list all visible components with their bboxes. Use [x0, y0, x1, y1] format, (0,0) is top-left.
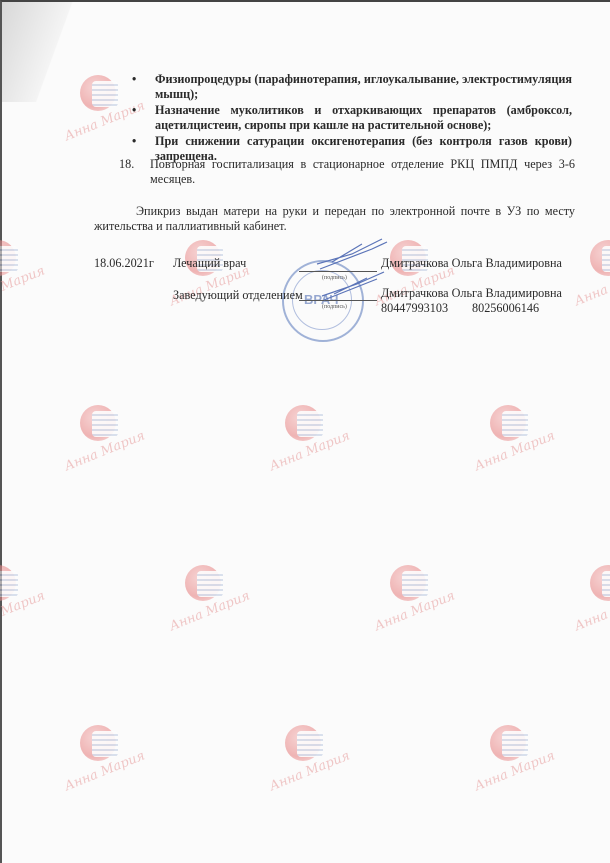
- watermark-logo-icon: Анна Мария: [472, 397, 562, 477]
- bullet-item: Физиопроцедуры (парафинотерапия, иглоука…: [132, 72, 572, 103]
- watermark-logo-icon: Анна Мария: [62, 397, 152, 477]
- item-text: Повторная госпитализация в стационарное …: [119, 157, 575, 188]
- watermark-logo-icon: Анна Мария: [472, 717, 562, 797]
- item-number: 18.: [119, 157, 134, 172]
- watermark-logo-icon: Анна Мария: [167, 557, 257, 637]
- watermark-logo-icon: Анна Мария: [267, 717, 357, 797]
- watermark-logo-icon: Анна Мария: [267, 397, 357, 477]
- head-label: Заведующий отделением: [173, 288, 303, 303]
- bullet-item: Назначение муколитиков и отхаркивающих п…: [132, 103, 572, 134]
- handwritten-signature-icon: [312, 234, 392, 304]
- phone-2: 80256006146: [472, 301, 539, 316]
- document-page: Анна Мария Анна Мария Анна Мария Анна Ма…: [0, 0, 610, 863]
- numbered-item-18: 18. Повторная госпитализация в стационар…: [119, 157, 575, 188]
- watermark-logo-icon: Анна Мария: [572, 232, 610, 312]
- attending-name: Дмитрачкова Ольга Владимировна: [381, 256, 562, 271]
- watermark-logo-icon: Анна Мария: [372, 557, 462, 637]
- watermark-logo-icon: Анна Мария: [0, 232, 52, 312]
- closing-paragraph: Эпикриз выдан матери на руки и передан п…: [94, 204, 575, 235]
- date: 18.06.2021г: [94, 256, 154, 271]
- head-name: Дмитрачкова Ольга Владимировна: [381, 286, 562, 301]
- watermark-logo-icon: Анна Мария: [0, 557, 52, 637]
- recommendation-bullets: Физиопроцедуры (парафинотерапия, иглоука…: [132, 72, 572, 164]
- watermark-logo-icon: Анна Мария: [62, 717, 152, 797]
- watermark-logo-icon: Анна Мария: [572, 557, 610, 637]
- attending-label: Лечащий врач: [173, 256, 246, 271]
